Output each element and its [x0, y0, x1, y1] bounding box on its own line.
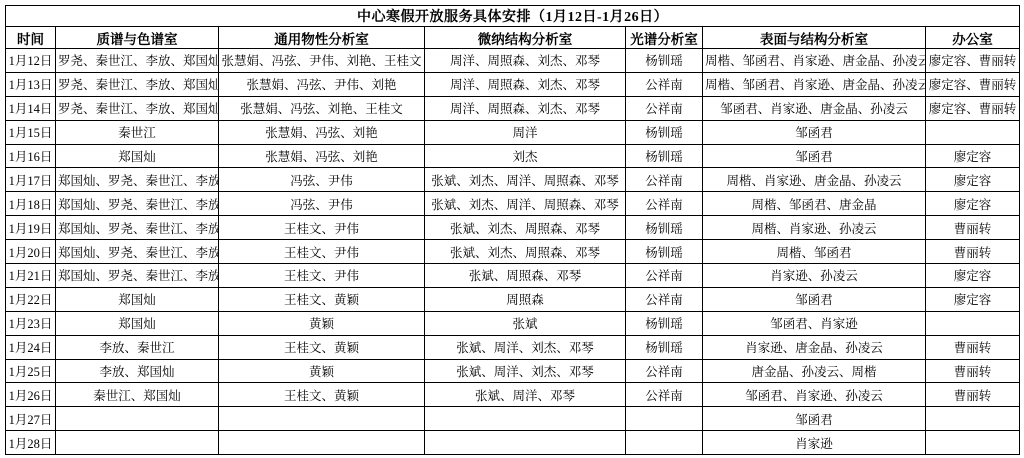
table-cell: 廖定容: [926, 144, 1020, 168]
table-cell: 公祥南: [626, 96, 703, 120]
table-cell: [425, 431, 626, 455]
table-cell: 曹丽转: [926, 216, 1020, 240]
table-row: 1月27日邹函君: [6, 407, 1020, 431]
table-cell: 冯弦、尹伟: [219, 168, 425, 192]
date-cell: 1月19日: [6, 216, 56, 240]
table-cell: 王桂文、黄颖: [219, 287, 425, 311]
table-cell: 郑国灿: [56, 311, 219, 335]
table-row: 1月17日郑国灿、罗尧、秦世江、李放冯弦、尹伟张斌、刘杰、周洋、周照森、邓琴公祥…: [6, 168, 1020, 192]
table-cell: [425, 407, 626, 431]
table-cell: 廖定容、曹丽转: [926, 49, 1020, 73]
table-cell: [926, 311, 1020, 335]
date-cell: 1月24日: [6, 335, 56, 359]
table-cell: 郑国灿、罗尧、秦世江、李放: [56, 192, 219, 216]
table-cell: 杨钏瑶: [626, 335, 703, 359]
table-cell: [626, 431, 703, 455]
table-cell: 秦世江、郑国灿: [56, 383, 219, 407]
table-cell: 肖家逊、孙凌云: [703, 264, 926, 288]
table-cell: 邹函君、肖家逊、唐金晶、孙凌云: [703, 96, 926, 120]
table-cell: 张斌、刘杰、周洋、周照森、邓琴: [425, 192, 626, 216]
table-cell: 张慧娟、冯弦、尹伟、刘艳: [219, 72, 425, 96]
column-header-micro-nano-structure-room: 微纳结构分析室: [425, 27, 626, 49]
table-row: 1月20日郑国灿、罗尧、秦世江、李放王桂文、尹伟张斌、刘杰、周照森、邓琴杨钏瑶周…: [6, 240, 1020, 264]
table-cell: 杨钏瑶: [626, 120, 703, 144]
date-cell: 1月16日: [6, 144, 56, 168]
table-row: 1月19日郑国灿、罗尧、秦世江、李放王桂文、尹伟张斌、刘杰、周照森、邓琴杨钏瑶周…: [6, 216, 1020, 240]
table-cell: 周楷、邹函君、唐金晶: [703, 192, 926, 216]
table-cell: 周洋: [425, 120, 626, 144]
table-cell: 邹函君: [703, 407, 926, 431]
table-cell: 邹函君: [703, 144, 926, 168]
table-cell: 周洋、周照森、刘杰、邓琴: [425, 96, 626, 120]
table-cell: 周楷、邹函君、肖家逊、唐金晶、孙凌云: [703, 49, 926, 73]
table-cell: 周楷、肖家逊、唐金晶、孙凌云: [703, 168, 926, 192]
table-cell: 王桂文、尹伟: [219, 264, 425, 288]
schedule-table: 中心寒假开放服务具体安排（1月12日-1月26日） 时间 质谱与色谱室 通用物性…: [5, 5, 1020, 455]
table-cell: 公祥南: [626, 359, 703, 383]
table-cell: 李放、郑国灿: [56, 359, 219, 383]
table-cell: 公祥南: [626, 192, 703, 216]
table-row: 1月18日郑国灿、罗尧、秦世江、李放冯弦、尹伟张斌、刘杰、周洋、周照森、邓琴公祥…: [6, 192, 1020, 216]
table-cell: 王桂文、黄颖: [219, 335, 425, 359]
column-header-mass-spectrometry-room: 质谱与色谱室: [56, 27, 219, 49]
date-cell: 1月23日: [6, 311, 56, 335]
table-cell: 张斌、周洋、邓琴: [425, 383, 626, 407]
table-cell: 郑国灿、罗尧、秦世江、李放: [56, 264, 219, 288]
table-cell: [219, 407, 425, 431]
table-cell: 廖定容: [926, 264, 1020, 288]
table-cell: 郑国灿、罗尧、秦世江、李放: [56, 240, 219, 264]
table-cell: 罗尧、秦世江、李放、郑国灿: [56, 96, 219, 120]
table-cell: 刘杰: [425, 144, 626, 168]
table-title: 中心寒假开放服务具体安排（1月12日-1月26日）: [6, 6, 1020, 27]
column-header-spectroscopy-room: 光谱分析室: [626, 27, 703, 49]
table-cell: [926, 120, 1020, 144]
table-cell: 公祥南: [626, 264, 703, 288]
date-cell: 1月15日: [6, 120, 56, 144]
table-row: 1月26日秦世江、郑国灿王桂文、黄颖张斌、周洋、邓琴公祥南邹函君、肖家逊、孙凌云…: [6, 383, 1020, 407]
table-cell: 公祥南: [626, 168, 703, 192]
table-cell: [626, 407, 703, 431]
table-cell: 周楷、邹函君: [703, 240, 926, 264]
table-cell: 曹丽转: [926, 335, 1020, 359]
date-cell: 1月22日: [6, 287, 56, 311]
table-cell: 李放、秦世江: [56, 335, 219, 359]
date-cell: 1月17日: [6, 168, 56, 192]
table-cell: 杨钏瑶: [626, 311, 703, 335]
table-row: 1月16日郑国灿张慧娟、冯弦、刘艳刘杰杨钏瑶邹函君廖定容: [6, 144, 1020, 168]
table-cell: 周照森: [425, 287, 626, 311]
table-cell: 张慧娟、冯弦、刘艳: [219, 144, 425, 168]
table-cell: 张斌: [425, 311, 626, 335]
table-row: 1月13日罗尧、秦世江、李放、郑国灿张慧娟、冯弦、尹伟、刘艳周洋、周照森、刘杰、…: [6, 72, 1020, 96]
table-cell: 周楷、肖家逊、孙凌云: [703, 216, 926, 240]
table-row: 1月28日肖家逊: [6, 431, 1020, 455]
table-row: 1月12日罗尧、秦世江、李放、郑国灿张慧娟、冯弦、尹伟、刘艳、王桂文周洋、周照森…: [6, 49, 1020, 73]
table-cell: 张慧娟、冯弦、刘艳: [219, 120, 425, 144]
table-cell: 曹丽转: [926, 240, 1020, 264]
table-cell: 张斌、周照森、邓琴: [425, 264, 626, 288]
schedule-table-body: 1月12日罗尧、秦世江、李放、郑国灿张慧娟、冯弦、尹伟、刘艳、王桂文周洋、周照森…: [6, 49, 1020, 455]
table-cell: 杨钏瑶: [626, 240, 703, 264]
date-cell: 1月28日: [6, 431, 56, 455]
table-row: 1月22日郑国灿王桂文、黄颖周照森公祥南邹函君廖定容: [6, 287, 1020, 311]
table-cell: [926, 431, 1020, 455]
table-cell: 廖定容: [926, 287, 1020, 311]
table-cell: 杨钏瑶: [626, 216, 703, 240]
table-cell: 郑国灿、罗尧、秦世江、李放: [56, 216, 219, 240]
table-cell: 黄颖: [219, 359, 425, 383]
date-cell: 1月27日: [6, 407, 56, 431]
table-cell: 张斌、周洋、刘杰、邓琴: [425, 335, 626, 359]
table-cell: 张斌、周洋、刘杰、邓琴: [425, 359, 626, 383]
table-cell: 邹函君、肖家逊: [703, 311, 926, 335]
table-cell: 公祥南: [626, 383, 703, 407]
table-cell: 邹函君: [703, 287, 926, 311]
column-header-time: 时间: [6, 27, 56, 49]
table-cell: 杨钏瑶: [626, 49, 703, 73]
table-cell: 周楷、邹函君、肖家逊、唐金晶、孙凌云: [703, 72, 926, 96]
table-cell: 张慧娟、冯弦、尹伟、刘艳、王桂文: [219, 49, 425, 73]
table-cell: 廖定容、曹丽转: [926, 72, 1020, 96]
column-header-physical-properties-room: 通用物性分析室: [219, 27, 425, 49]
table-cell: 冯弦、尹伟: [219, 192, 425, 216]
table-cell: 王桂文、黄颖: [219, 383, 425, 407]
table-row: 1月15日秦世江张慧娟、冯弦、刘艳周洋杨钏瑶邹函君: [6, 120, 1020, 144]
date-cell: 1月26日: [6, 383, 56, 407]
table-cell: [56, 431, 219, 455]
table-cell: 秦世江: [56, 120, 219, 144]
date-cell: 1月12日: [6, 49, 56, 73]
table-cell: 公祥南: [626, 72, 703, 96]
table-cell: [219, 431, 425, 455]
table-row: 1月14日罗尧、秦世江、李放、郑国灿张慧娟、冯弦、刘艳、王桂文周洋、周照森、刘杰…: [6, 96, 1020, 120]
table-header-row: 时间 质谱与色谱室 通用物性分析室 微纳结构分析室 光谱分析室 表面与结构分析室…: [6, 27, 1020, 49]
table-row: 1月23日郑国灿黄颖张斌杨钏瑶邹函君、肖家逊: [6, 311, 1020, 335]
table-cell: 郑国灿: [56, 287, 219, 311]
date-cell: 1月14日: [6, 96, 56, 120]
table-cell: 曹丽转: [926, 359, 1020, 383]
table-cell: 肖家逊: [703, 431, 926, 455]
table-cell: 廖定容、曹丽转: [926, 96, 1020, 120]
table-cell: 周洋、周照森、刘杰、邓琴: [425, 72, 626, 96]
table-cell: 郑国灿: [56, 144, 219, 168]
table-cell: [926, 407, 1020, 431]
table-cell: 王桂文、尹伟: [219, 240, 425, 264]
table-cell: 廖定容: [926, 168, 1020, 192]
date-cell: 1月25日: [6, 359, 56, 383]
table-cell: 张慧娟、冯弦、刘艳、王桂文: [219, 96, 425, 120]
table-title-row: 中心寒假开放服务具体安排（1月12日-1月26日）: [6, 6, 1020, 27]
date-cell: 1月13日: [6, 72, 56, 96]
table-cell: 黄颖: [219, 311, 425, 335]
table-cell: 曹丽转: [926, 383, 1020, 407]
table-cell: 张斌、刘杰、周照森、邓琴: [425, 240, 626, 264]
column-header-office: 办公室: [926, 27, 1020, 49]
table-cell: 罗尧、秦世江、李放、郑国灿: [56, 49, 219, 73]
table-cell: 邹函君、肖家逊、孙凌云: [703, 383, 926, 407]
table-cell: 廖定容: [926, 192, 1020, 216]
table-row: 1月21日郑国灿、罗尧、秦世江、李放王桂文、尹伟张斌、周照森、邓琴公祥南肖家逊、…: [6, 264, 1020, 288]
table-row: 1月25日李放、郑国灿黄颖张斌、周洋、刘杰、邓琴公祥南唐金晶、孙凌云、周楷曹丽转: [6, 359, 1020, 383]
date-cell: 1月20日: [6, 240, 56, 264]
table-cell: 张斌、刘杰、周洋、周照森、邓琴: [425, 168, 626, 192]
table-cell: 肖家逊、唐金晶、孙凌云: [703, 335, 926, 359]
date-cell: 1月21日: [6, 264, 56, 288]
table-cell: [56, 407, 219, 431]
table-cell: 郑国灿、罗尧、秦世江、李放: [56, 168, 219, 192]
table-cell: 张斌、刘杰、周照森、邓琴: [425, 216, 626, 240]
table-row: 1月24日李放、秦世江王桂文、黄颖张斌、周洋、刘杰、邓琴杨钏瑶肖家逊、唐金晶、孙…: [6, 335, 1020, 359]
table-cell: 罗尧、秦世江、李放、郑国灿: [56, 72, 219, 96]
table-cell: 邹函君: [703, 120, 926, 144]
table-cell: 王桂文、尹伟: [219, 216, 425, 240]
date-cell: 1月18日: [6, 192, 56, 216]
column-header-surface-structure-room: 表面与结构分析室: [703, 27, 926, 49]
table-cell: 杨钏瑶: [626, 144, 703, 168]
table-cell: 唐金晶、孙凌云、周楷: [703, 359, 926, 383]
table-cell: 公祥南: [626, 287, 703, 311]
table-cell: 周洋、周照森、刘杰、邓琴: [425, 49, 626, 73]
